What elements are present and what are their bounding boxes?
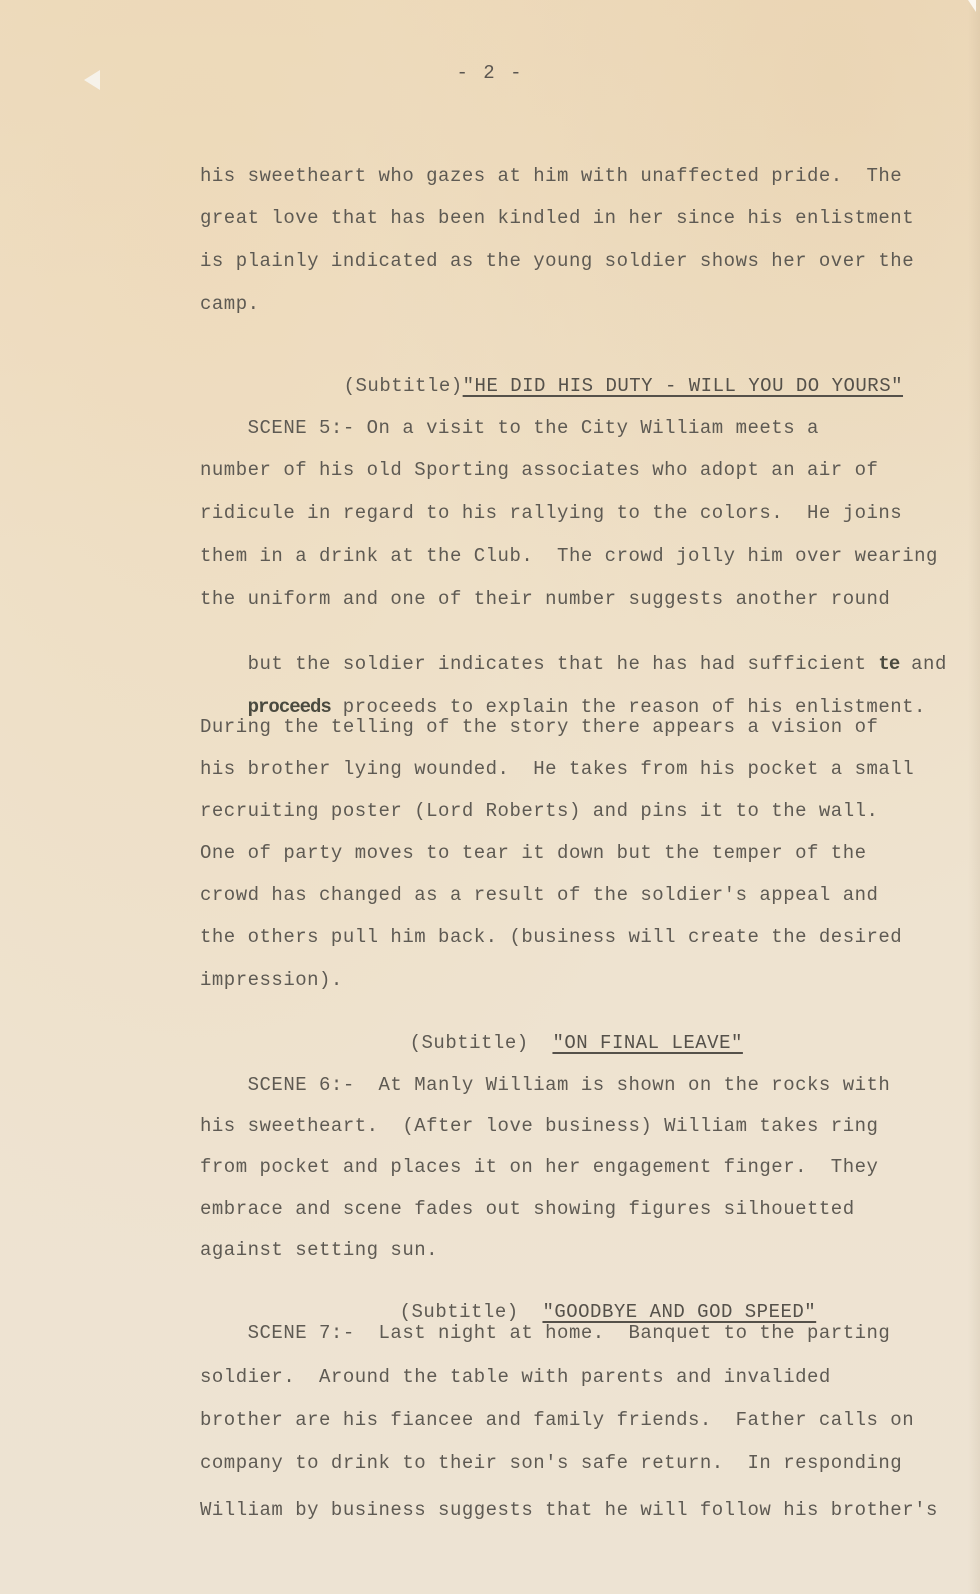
scene-5-line: them in a drink at the Club. The crowd j…: [200, 545, 938, 567]
scene-7-line: soldier. Around the table with parents a…: [200, 1366, 831, 1388]
scene-5-line: SCENE 5:- On a visit to the City William…: [200, 417, 819, 439]
subtitle-prefix: (Subtitle): [400, 1301, 519, 1323]
scene-5-line: During the telling of the story there ap…: [200, 716, 878, 738]
subtitle-1: (Subtitle)"HE DID HIS DUTY - WILL YOU DO…: [296, 353, 903, 419]
subtitle-prefix: (Subtitle): [344, 375, 463, 397]
scene-7-line: company to drink to their son's safe ret…: [200, 1452, 902, 1474]
document-page: - 2 - his sweetheart who gazes at him wi…: [0, 0, 980, 1594]
scene-5-line: One of party moves to tear it down but t…: [200, 842, 867, 864]
paragraph-line: great love that has been kindled in her …: [200, 207, 914, 229]
scene-7-line: brother are his fiancee and family frien…: [200, 1409, 914, 1431]
subtitle-prefix: (Subtitle): [410, 1032, 529, 1054]
scene-7-line: William by business suggests that he wil…: [200, 1499, 938, 1521]
scene-5-line: the others pull him back. (business will…: [200, 926, 902, 948]
scene-7-line: SCENE 7:- Last night at home. Banquet to…: [200, 1322, 890, 1344]
subtitle-2: (Subtitle) "ON FINAL LEAVE": [362, 1010, 743, 1076]
scene-6-line: SCENE 6:- At Manly William is shown on t…: [200, 1074, 890, 1096]
scene-6-line: against setting sun.: [200, 1239, 438, 1261]
scene-6-line: his sweetheart. (After love business) Wi…: [200, 1115, 878, 1137]
scene-5-line: the uniform and one of their number sugg…: [200, 588, 890, 610]
scene-6-line: from pocket and places it on her engagem…: [200, 1156, 878, 1178]
scene-5-line: crowd has changed as a result of the sol…: [200, 884, 878, 906]
page-edge-shadow: [968, 0, 980, 1594]
page-number: - 2 -: [0, 62, 980, 84]
scene-5-line: ridicule in regard to his rallying to th…: [200, 502, 902, 524]
paragraph-line: his sweetheart who gazes at him with una…: [200, 165, 902, 187]
subtitle-title: "GOODBYE AND GOD SPEED": [542, 1301, 816, 1323]
scene-5-line-end: and: [899, 653, 947, 675]
struck-text: te: [878, 653, 899, 675]
scene-5-line-text: but the soldier indicates that he has ha…: [248, 653, 879, 675]
scene-6-line: embrace and scene fades out showing figu…: [200, 1198, 855, 1220]
scene-5-line-text: proceeds to explain the reason of his en…: [331, 696, 926, 718]
scene-5-line: his brother lying wounded. He takes from…: [200, 758, 914, 780]
scene-5-line: impression).: [200, 969, 343, 991]
subtitle-title: "ON FINAL LEAVE": [552, 1032, 742, 1054]
paragraph-line: camp.: [200, 293, 260, 315]
subtitle-title: "HE DID HIS DUTY - WILL YOU DO YOURS": [463, 375, 903, 397]
struck-text: proceeds: [248, 696, 331, 718]
scene-5-line: number of his old Sporting associates wh…: [200, 459, 878, 481]
paragraph-line: is plainly indicated as the young soldie…: [200, 250, 914, 272]
scene-5-line: recruiting poster (Lord Roberts) and pin…: [200, 800, 878, 822]
